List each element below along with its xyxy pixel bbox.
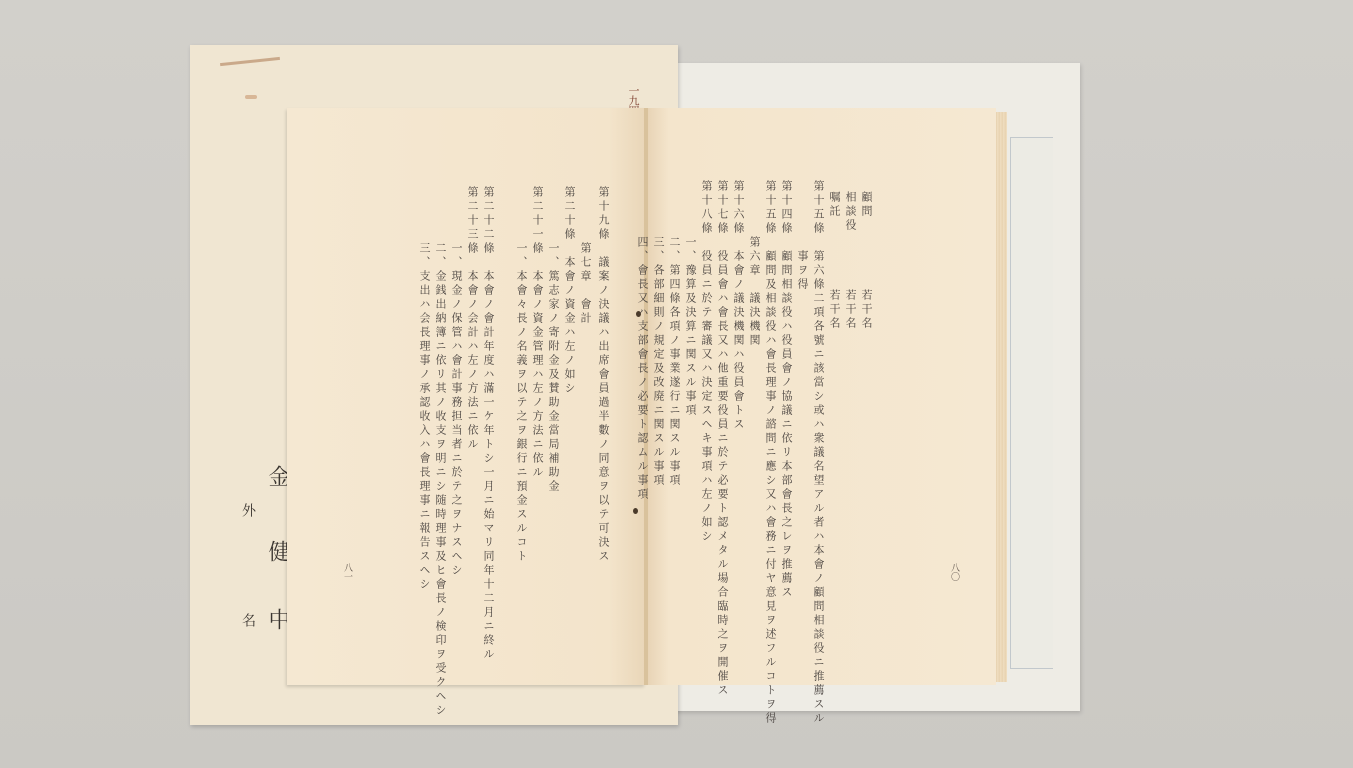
text-column: 第二十條 本會ノ資金ハ左ノ如シ [563,186,576,396]
inner-sheet-border [1010,137,1053,669]
page-number: 八〇 [948,563,961,581]
text-column: 第十八條 役員ニ於テ審議又ハ決定スヘキ事項ハ左ノ如シ [700,180,713,544]
text-column: 顧問 若干名 [860,191,873,331]
text-column: 第十四條 顧問相談役ハ役員會ノ協議ニ依リ本部會長之レヲ推薦ス [780,180,793,600]
text-column: 三、各部細則ノ規定及改廃ニ関スル事項 [652,180,665,488]
open-booklet: 第十九條 議案ノ決議ハ出席會員過半數ノ同意ヲ以テ可決ス 第七章 會計 第二十條 … [287,108,1007,685]
page-stack-edge [996,112,1007,682]
text-column: 一、篤志家ノ寄附金及賛助金當局補助金 [547,186,560,494]
text-column: 第十五條 顧問及相談役ハ會長理事ノ諮問ニ應シ又ハ會務ニ付ヤ意見ヲ述フルコトヲ得 [764,180,777,726]
text-column: 第十五條 第六條二項各號ニ該當シ或ハ衆議名望アル者ハ本會ノ顧問相談役ニ推薦スル [812,180,825,726]
binding-hole [633,508,638,514]
text-column: 第六章 議決機関 [748,180,761,348]
left-page: 第十九條 議案ノ決議ハ出席會員過半數ノ同意ヲ以テ可決ス 第七章 會計 第二十條 … [287,108,645,685]
text-column: 第十九條 議案ノ決議ハ出席會員過半數ノ同意ヲ以テ可決ス [597,186,610,564]
cover-small-char: 外 [238,503,258,517]
right-page: 顧問 若干名 相談役 若干名 嘱託 若干名 第十五條 第六條二項各號ニ該當シ或ハ… [648,108,996,685]
page-number: 八一 [341,563,354,581]
text-column: 第二十一條 本會ノ資金管理ハ左ノ方法ニ依ル [531,186,544,480]
text-column: 事ヲ得 [796,180,809,292]
text-column: 四、會長又ハ支部會長ノ必要ト認ムル事項 [636,180,649,502]
text-column: 二、金銭出納簿ニ依リ其ノ收支ヲ明ニシ随時理事及ヒ會長ノ検印ヲ受クヘシ [434,186,447,718]
text-column: 一、本會々長ノ名義ヲ以テ之ヲ銀行ニ預金スルコト [515,186,528,564]
rust-stain [220,57,280,66]
text-column: 嘱託 若干名 [828,191,841,331]
text-column: 相談役 若干名 [844,191,857,331]
cover-small-char: 名 [238,613,258,627]
text-column: 第七章 會計 [579,186,592,326]
text-column: 第二十二條 本會ノ會計年度ハ滿一ケ年トシ一月ニ始マリ同年十二月ニ終ル [482,186,495,662]
text-column: 第十七條 役員會ハ會長又ハ他重要役員ニ於テ必要ト認メタル場合臨時之ヲ開催ス [716,180,729,698]
text-column: 第二十三條 本會ノ会計ハ左ノ方法ニ依ル [466,186,479,452]
text-column: 二、第四條各項ノ事業遂行ニ関スル事項 [668,180,681,488]
text-column: 一、現金ノ保管ハ會計事務担当者ニ於テ之ヲナスヘシ [450,186,463,578]
rust-stain [245,95,257,99]
text-column: 三、支出ハ会長理事ノ承認收入ハ會長理事ニ報告スヘシ [418,186,431,592]
text-column: 一、豫算及決算ニ関スル事項 [684,180,697,418]
text-column: 第十六條 本會ノ議決機関ハ役員會トス [732,180,745,432]
